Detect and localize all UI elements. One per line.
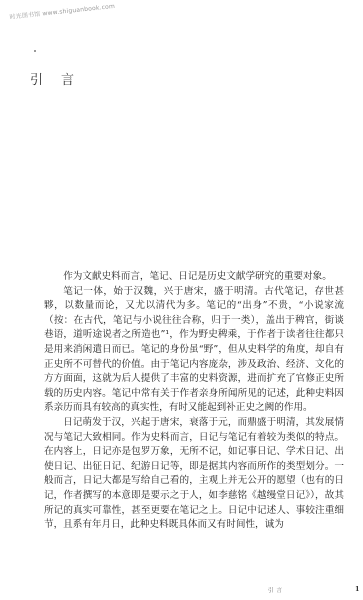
paragraph: 日记萌发于汉，兴起于唐宋，衰落于元，而鼎盛于明清，其发展情况与笔记大致相同。作为…: [44, 416, 344, 533]
chapter-title: 引言: [30, 69, 92, 88]
page-number: 1: [355, 585, 360, 593]
scan-dot: [34, 50, 36, 52]
watermark: 时光图书馆 www.shiguanbook.com: [9, 1, 115, 21]
paragraph: 笔记一体，始于汉魏，兴于唐宋，盛于明清。古代笔记，存世甚夥，以数量而论，又尤以清…: [44, 285, 344, 416]
running-head: 引言: [268, 586, 285, 594]
paragraph: 作为文献史料而言，笔记、日记是历史文献学研究的重要对象。: [44, 270, 344, 285]
body-text: 作为文献史料而言，笔记、日记是历史文献学研究的重要对象。 笔记一体，始于汉魏，兴…: [44, 270, 344, 533]
